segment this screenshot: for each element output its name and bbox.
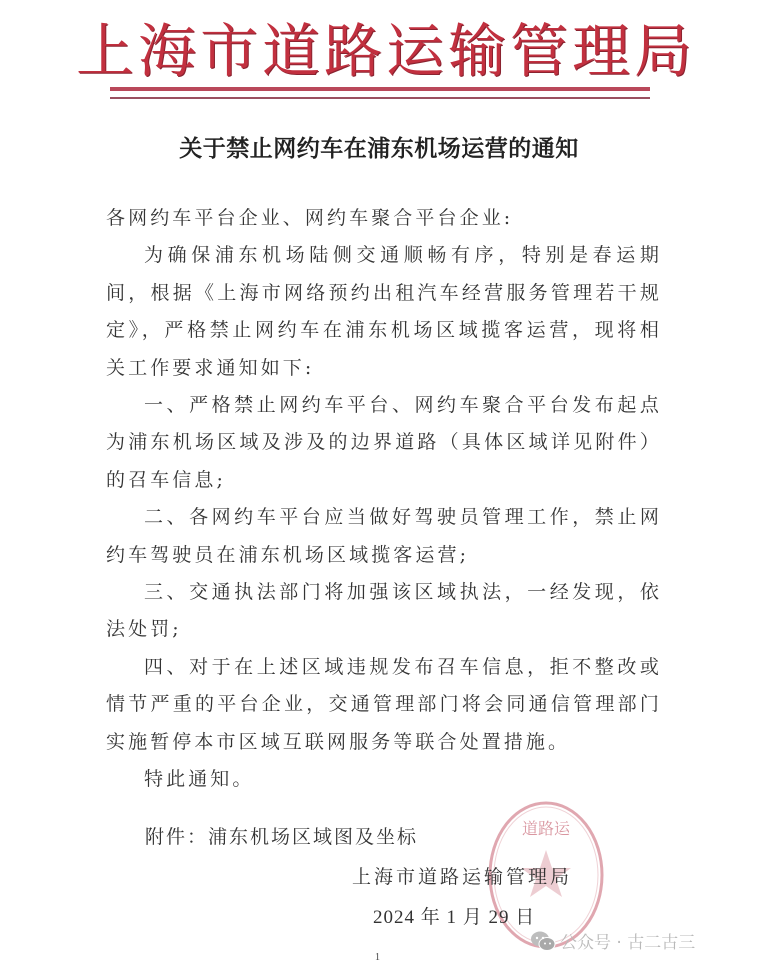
signature-date: 2024 年 1 月 29 日 [373,902,535,929]
paragraph-intro: 为确保浦东机场陆侧交通顺畅有序，特别是春运期间，根据《上海市网络预约出租汽车经营… [106,237,662,387]
letterhead-rule-thick [110,87,650,91]
letterhead-org-name: 上海市道路运输管理局 [14,20,758,82]
attachment-note: 附件：浦东机场区域图及坐标 [145,822,418,849]
watermark: 公众号 · 古二古三 [530,928,695,953]
signature-organization: 上海市道路运输管理局 [352,862,572,889]
paragraph-item-1: 一、严格禁止网约车平台、网约车聚合平台发布起点为浦东机场区域及涉及的边界道路（具… [106,387,662,499]
addressee: 各网约车平台企业、网约车聚合平台企业: [106,200,662,237]
svg-text:道路运: 道路运 [522,819,571,838]
letterhead-rule-thin [110,97,650,99]
paragraph-item-3: 三、交通执法部门将加强该区域执法，一经发现，依法处罚; [106,574,662,649]
watermark-text: 公众号 · 古二古三 [560,928,695,953]
document-body: 各网约车平台企业、网约车聚合平台企业: 为确保浦东机场陆侧交通顺畅有序，特别是春… [106,200,662,799]
document-title: 关于禁止网约车在浦东机场运营的通知 [0,130,758,163]
letterhead: 上海市道路运输管理局 [0,20,758,82]
wechat-icon [530,930,556,952]
paragraph-closing: 特此通知。 [106,761,662,798]
paragraph-item-4: 四、对于在上述区域违规发布召车信息，拒不整改或情节严重的平台企业，交通管理部门将… [106,649,662,761]
paragraph-item-2: 二、各网约车平台应当做好驾驶员管理工作，禁止网约车驾驶员在浦东机场区域揽客运营; [106,499,662,574]
page-number: 1 [375,952,380,963]
